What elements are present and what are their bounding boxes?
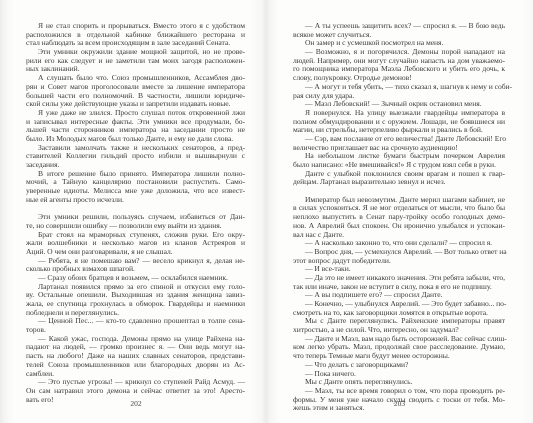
book-spread: Я не стал спорить и прорываться. Вместо … <box>0 0 533 423</box>
right-page-body: — А ты успеешь защитить всех? — спросил … <box>293 22 505 413</box>
text-line: телей Союза промышленников или благородн… <box>26 361 245 370</box>
right-page: — А ты успеешь защитить всех? — спросил … <box>266 0 533 423</box>
text-line: ные ей агенты просто исчезли. <box>26 196 245 205</box>
text-line: дейцам. Лартанал выразительно зевнул и и… <box>293 178 505 187</box>
text-line: — Ценной Пес... — кто-то сдавленно проше… <box>26 317 245 326</box>
text-line: Он сам натравил этого демона и сейчас от… <box>26 387 245 396</box>
left-page: Я не стал спорить и прорываться. Вместо … <box>0 0 266 423</box>
left-page-body: Я не стал спорить и прорываться. Вместо … <box>26 22 245 404</box>
right-page-number: 203 <box>266 399 533 408</box>
left-page-number: 202 <box>3 399 269 408</box>
